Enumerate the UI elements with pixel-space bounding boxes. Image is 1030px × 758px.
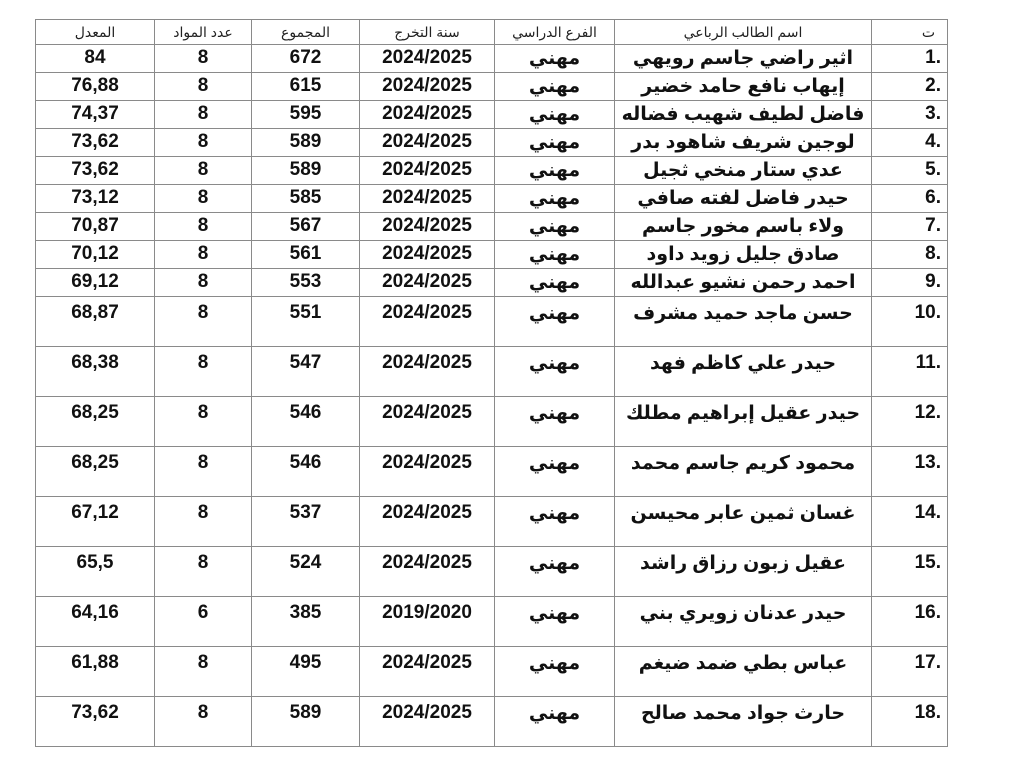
total-score: 553 xyxy=(252,269,360,297)
row-index: 9. xyxy=(872,269,948,297)
header-average: المعدل xyxy=(36,20,155,45)
row-index: 16. xyxy=(872,597,948,647)
student-name: إيهاب نافع حامد خضير xyxy=(615,73,872,101)
student-name: اثير راضي جاسم رويهي xyxy=(615,45,872,73)
row-index: 14. xyxy=(872,497,948,547)
table-row: 15.عقيل زبون رزاق راشدمهني2024/202552486… xyxy=(36,547,948,597)
header-total: المجموع xyxy=(252,20,360,45)
header-subjects: عدد المواد xyxy=(155,20,252,45)
total-score: 595 xyxy=(252,101,360,129)
row-index: 17. xyxy=(872,647,948,697)
study-branch: مهني xyxy=(495,697,615,747)
total-score: 495 xyxy=(252,647,360,697)
table-row: 3.فاضل لطيف شهيب فضالهمهني2024/202559587… xyxy=(36,101,948,129)
student-name: لوجين شريف شاهود بدر xyxy=(615,129,872,157)
graduation-year: 2024/2025 xyxy=(360,269,495,297)
table-row: 18.حارث جواد محمد صالحمهني2024/202558987… xyxy=(36,697,948,747)
total-score: 585 xyxy=(252,185,360,213)
subject-count: 8 xyxy=(155,297,252,347)
student-name: محمود كريم جاسم محمد xyxy=(615,447,872,497)
study-branch: مهني xyxy=(495,45,615,73)
graduation-year: 2024/2025 xyxy=(360,497,495,547)
average-score: 68,25 xyxy=(36,397,155,447)
student-name: حيدر علي كاظم فهد xyxy=(615,347,872,397)
row-index: 6. xyxy=(872,185,948,213)
row-index: 5. xyxy=(872,157,948,185)
row-index: 11. xyxy=(872,347,948,397)
graduation-year: 2024/2025 xyxy=(360,397,495,447)
table-row: 6.حيدر فاضل لفته صافيمهني2024/2025585873… xyxy=(36,185,948,213)
table-row: 5.عدي ستار منخي ثجيلمهني2024/2025589873,… xyxy=(36,157,948,185)
average-score: 65,5 xyxy=(36,547,155,597)
average-score: 73,62 xyxy=(36,129,155,157)
graduation-year: 2024/2025 xyxy=(360,73,495,101)
average-score: 73,12 xyxy=(36,185,155,213)
row-index: 8. xyxy=(872,241,948,269)
total-score: 561 xyxy=(252,241,360,269)
graduation-year: 2024/2025 xyxy=(360,347,495,397)
total-score: 672 xyxy=(252,45,360,73)
graduation-year: 2024/2025 xyxy=(360,297,495,347)
study-branch: مهني xyxy=(495,597,615,647)
row-index: 12. xyxy=(872,397,948,447)
table-row: 8.صادق جليل زويد داودمهني2024/2025561870… xyxy=(36,241,948,269)
average-score: 74,37 xyxy=(36,101,155,129)
study-branch: مهني xyxy=(495,269,615,297)
students-results-table: ت اسم الطالب الرباعي الفرع الدراسي سنة ا… xyxy=(35,19,948,747)
student-name: حيدر فاضل لفته صافي xyxy=(615,185,872,213)
average-score: 73,62 xyxy=(36,697,155,747)
row-index: 1. xyxy=(872,45,948,73)
subject-count: 8 xyxy=(155,185,252,213)
row-index: 3. xyxy=(872,101,948,129)
row-index: 15. xyxy=(872,547,948,597)
header-name: اسم الطالب الرباعي xyxy=(615,20,872,45)
student-name: احمد رحمن نشيو عبدالله xyxy=(615,269,872,297)
study-branch: مهني xyxy=(495,297,615,347)
row-index: 4. xyxy=(872,129,948,157)
graduation-year: 2024/2025 xyxy=(360,647,495,697)
row-index: 7. xyxy=(872,213,948,241)
average-score: 68,87 xyxy=(36,297,155,347)
row-index: 10. xyxy=(872,297,948,347)
table-row: 4.لوجين شريف شاهود بدرمهني2024/202558987… xyxy=(36,129,948,157)
graduation-year: 2019/2020 xyxy=(360,597,495,647)
student-name: عقيل زبون رزاق راشد xyxy=(615,547,872,597)
average-score: 70,87 xyxy=(36,213,155,241)
cropped-heading xyxy=(0,0,1030,8)
average-score: 69,12 xyxy=(36,269,155,297)
student-name: فاضل لطيف شهيب فضاله xyxy=(615,101,872,129)
graduation-year: 2024/2025 xyxy=(360,697,495,747)
graduation-year: 2024/2025 xyxy=(360,45,495,73)
study-branch: مهني xyxy=(495,241,615,269)
total-score: 524 xyxy=(252,547,360,597)
average-score: 64,16 xyxy=(36,597,155,647)
subject-count: 8 xyxy=(155,157,252,185)
table-row: 1.اثير راضي جاسم رويهيمهني2024/202567288… xyxy=(36,45,948,73)
subject-count: 8 xyxy=(155,129,252,157)
total-score: 385 xyxy=(252,597,360,647)
table-row: 7.ولاء باسم مخور جاسممهني2024/2025567870… xyxy=(36,213,948,241)
table-body: 1.اثير راضي جاسم رويهيمهني2024/202567288… xyxy=(36,45,948,747)
subject-count: 8 xyxy=(155,73,252,101)
student-name: حسن ماجد حميد مشرف xyxy=(615,297,872,347)
study-branch: مهني xyxy=(495,129,615,157)
subject-count: 8 xyxy=(155,269,252,297)
student-name: ولاء باسم مخور جاسم xyxy=(615,213,872,241)
study-branch: مهني xyxy=(495,101,615,129)
student-name: حيدر عدنان زويري بني xyxy=(615,597,872,647)
graduation-year: 2024/2025 xyxy=(360,241,495,269)
row-index: 18. xyxy=(872,697,948,747)
total-score: 537 xyxy=(252,497,360,547)
graduation-year: 2024/2025 xyxy=(360,185,495,213)
average-score: 68,38 xyxy=(36,347,155,397)
study-branch: مهني xyxy=(495,447,615,497)
subject-count: 8 xyxy=(155,45,252,73)
header-branch: الفرع الدراسي xyxy=(495,20,615,45)
total-score: 615 xyxy=(252,73,360,101)
subject-count: 8 xyxy=(155,647,252,697)
student-name: عدي ستار منخي ثجيل xyxy=(615,157,872,185)
table-row: 10.حسن ماجد حميد مشرفمهني2024/2025551868… xyxy=(36,297,948,347)
total-score: 551 xyxy=(252,297,360,347)
row-index: 2. xyxy=(872,73,948,101)
total-score: 546 xyxy=(252,447,360,497)
student-name: حارث جواد محمد صالح xyxy=(615,697,872,747)
total-score: 589 xyxy=(252,697,360,747)
header-row: ت اسم الطالب الرباعي الفرع الدراسي سنة ا… xyxy=(36,20,948,45)
study-branch: مهني xyxy=(495,497,615,547)
subject-count: 8 xyxy=(155,447,252,497)
subject-count: 8 xyxy=(155,497,252,547)
table-row: 2.إيهاب نافع حامد خضيرمهني2024/202561587… xyxy=(36,73,948,101)
subject-count: 8 xyxy=(155,697,252,747)
subject-count: 8 xyxy=(155,213,252,241)
row-index: 13. xyxy=(872,447,948,497)
graduation-year: 2024/2025 xyxy=(360,213,495,241)
total-score: 589 xyxy=(252,157,360,185)
graduation-year: 2024/2025 xyxy=(360,101,495,129)
table-row: 11.حيدر علي كاظم فهدمهني2024/2025547868,… xyxy=(36,347,948,397)
study-branch: مهني xyxy=(495,547,615,597)
header-grad-year: سنة التخرج xyxy=(360,20,495,45)
study-branch: مهني xyxy=(495,185,615,213)
average-score: 76,88 xyxy=(36,73,155,101)
table-row: 16.حيدر عدنان زويري بنيمهني2019/20203856… xyxy=(36,597,948,647)
study-branch: مهني xyxy=(495,347,615,397)
average-score: 67,12 xyxy=(36,497,155,547)
average-score: 61,88 xyxy=(36,647,155,697)
total-score: 567 xyxy=(252,213,360,241)
subject-count: 8 xyxy=(155,101,252,129)
student-name: عباس بطي ضمد ضيغم xyxy=(615,647,872,697)
total-score: 546 xyxy=(252,397,360,447)
graduation-year: 2024/2025 xyxy=(360,129,495,157)
average-score: 84 xyxy=(36,45,155,73)
average-score: 68,25 xyxy=(36,447,155,497)
subject-count: 8 xyxy=(155,347,252,397)
table-row: 13.محمود كريم جاسم محمدمهني2024/20255468… xyxy=(36,447,948,497)
study-branch: مهني xyxy=(495,647,615,697)
study-branch: مهني xyxy=(495,397,615,447)
table-row: 12.حيدر عقيل إبراهيم مطلكمهني2024/202554… xyxy=(36,397,948,447)
subject-count: 8 xyxy=(155,547,252,597)
average-score: 73,62 xyxy=(36,157,155,185)
graduation-year: 2024/2025 xyxy=(360,547,495,597)
student-name: غسان ثمين عابر محيسن xyxy=(615,497,872,547)
subject-count: 8 xyxy=(155,397,252,447)
table-row: 14.غسان ثمين عابر محيسنمهني2024/20255378… xyxy=(36,497,948,547)
table-row: 17.عباس بطي ضمد ضيغممهني2024/2025495861,… xyxy=(36,647,948,697)
study-branch: مهني xyxy=(495,73,615,101)
table-row: 9.احمد رحمن نشيو عبداللهمهني2024/2025553… xyxy=(36,269,948,297)
graduation-year: 2024/2025 xyxy=(360,157,495,185)
total-score: 589 xyxy=(252,129,360,157)
total-score: 547 xyxy=(252,347,360,397)
graduation-year: 2024/2025 xyxy=(360,447,495,497)
subject-count: 6 xyxy=(155,597,252,647)
study-branch: مهني xyxy=(495,213,615,241)
study-branch: مهني xyxy=(495,157,615,185)
student-name: حيدر عقيل إبراهيم مطلك xyxy=(615,397,872,447)
average-score: 70,12 xyxy=(36,241,155,269)
student-name: صادق جليل زويد داود xyxy=(615,241,872,269)
subject-count: 8 xyxy=(155,241,252,269)
header-index: ت xyxy=(872,20,948,45)
